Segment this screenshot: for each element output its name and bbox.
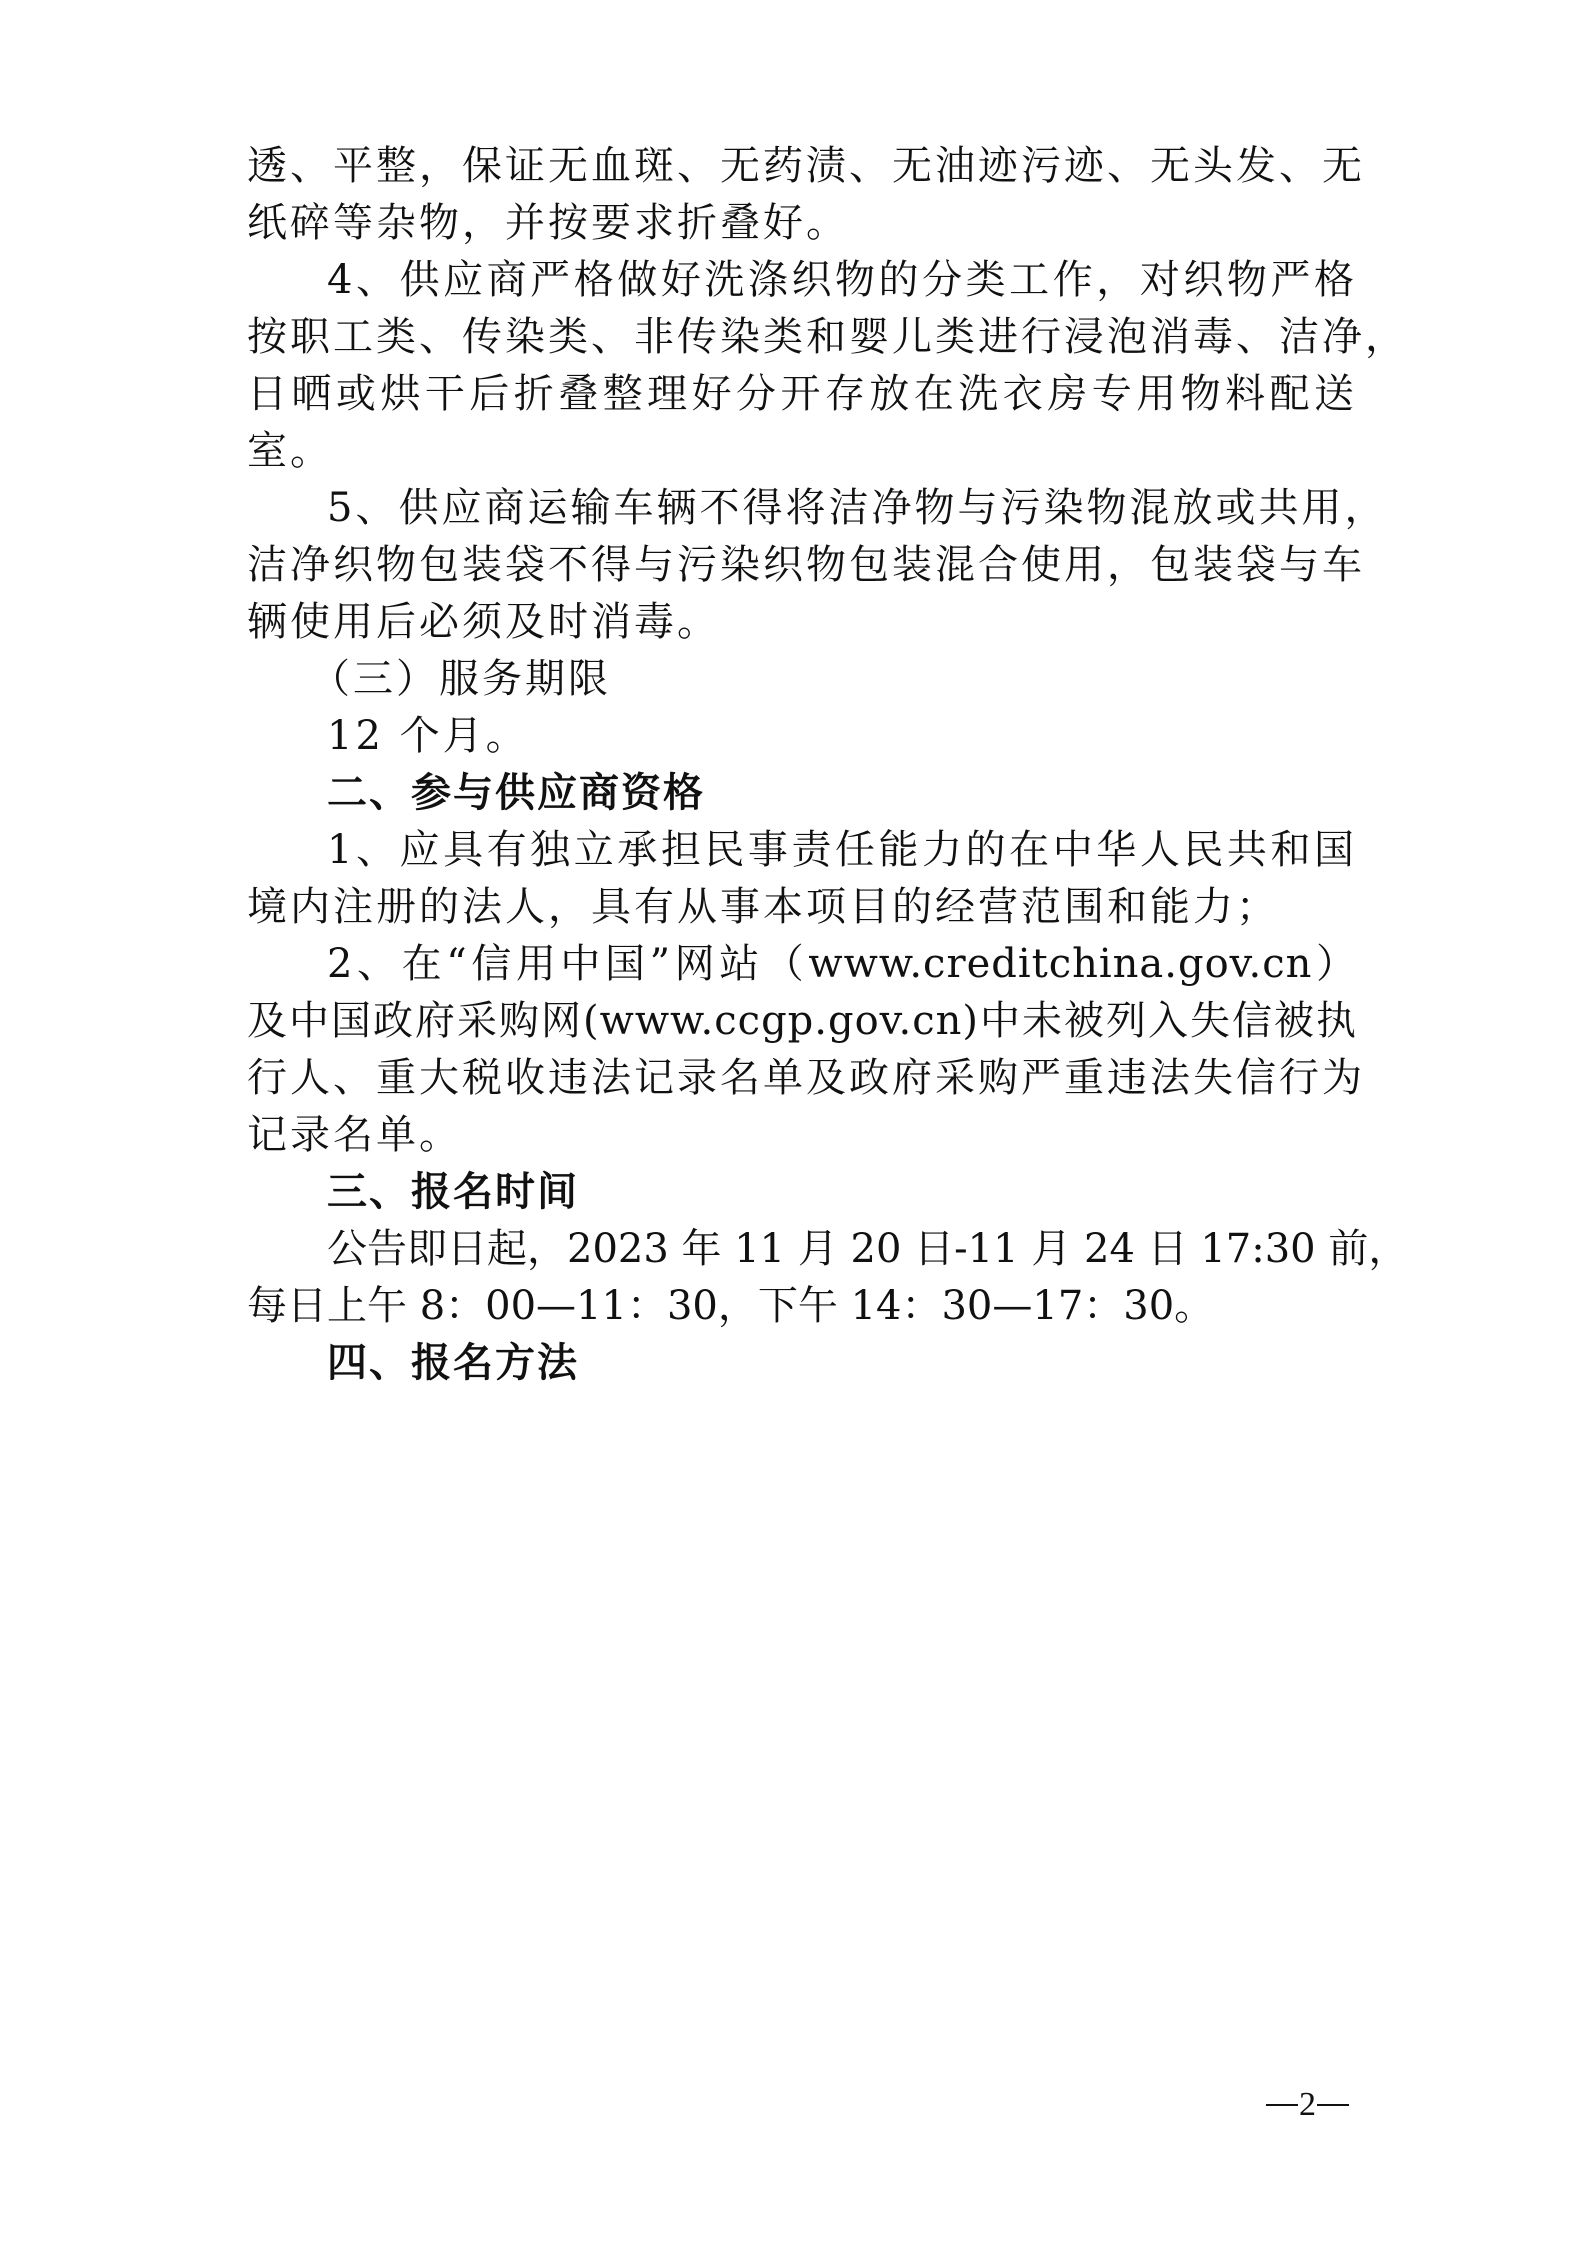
page-number-value: 2 — [1299, 2085, 1316, 2125]
section-heading: 二、参与供应商资格 — [327, 767, 1437, 819]
dash-left — [1266, 2104, 1298, 2106]
paragraph-line: 洁净织物包装袋不得与污染织物包装混合使用，包装袋与车 — [247, 539, 1357, 591]
paragraph-line: 透、平整，保证无血斑、无药渍、无油迹污迹、无头发、无 — [247, 140, 1357, 192]
section-heading: 三、报名时间 — [327, 1166, 1437, 1218]
paragraph-line: 1、应具有独立承担民事责任能力的在中华人民共和国 — [327, 824, 1357, 876]
section-heading: 四、报名方法 — [327, 1337, 1437, 1389]
paragraph-line: 辆使用后必须及时消毒。 — [247, 596, 1357, 648]
paragraph-line: 行人、重大税收违法记录名单及政府采购严重违法失信行为 — [247, 1052, 1357, 1104]
paragraph-line: 公告即日起，2023 年 11 月 20 日-11 月 24 日 17:30 前… — [327, 1223, 1357, 1275]
paragraph-line: 记录名单。 — [247, 1109, 1357, 1161]
page-number: 2 — [1265, 2085, 1350, 2125]
paragraph-line: 4、供应商严格做好洗涤织物的分类工作，对织物严格 — [327, 254, 1357, 306]
paragraph-line: 2、在“信用中国”网站（www.creditchina.gov.cn） — [327, 938, 1357, 990]
paragraph-line: 每日上午 8：00—11：30，下午 14：30—17：30。 — [247, 1280, 1357, 1332]
paragraph-line: 5、供应商运输车辆不得将洁净物与污染物混放或共用， — [327, 482, 1357, 534]
dash-right — [1317, 2104, 1349, 2106]
document-page: 透、平整，保证无血斑、无药渍、无油迹污迹、无头发、无 纸碎等杂物，并按要求折叠好… — [0, 0, 1587, 2245]
paragraph-line: 室。 — [247, 425, 1357, 477]
subsection-heading: （三）服务期限 — [310, 653, 1420, 705]
paragraph-line: 日晒或烘干后折叠整理好分开存放在洗衣房专用物料配送 — [247, 368, 1357, 420]
paragraph-line: 纸碎等杂物，并按要求折叠好。 — [247, 197, 1357, 249]
paragraph-line: 及中国政府采购网(www.ccgp.gov.cn)中未被列入失信被执 — [247, 995, 1357, 1047]
paragraph-line: 按职工类、传染类、非传染类和婴儿类进行浸泡消毒、洁净， — [247, 311, 1357, 363]
paragraph-line: 12 个月。 — [327, 710, 1437, 762]
paragraph-line: 境内注册的法人，具有从事本项目的经营范围和能力； — [247, 881, 1357, 933]
